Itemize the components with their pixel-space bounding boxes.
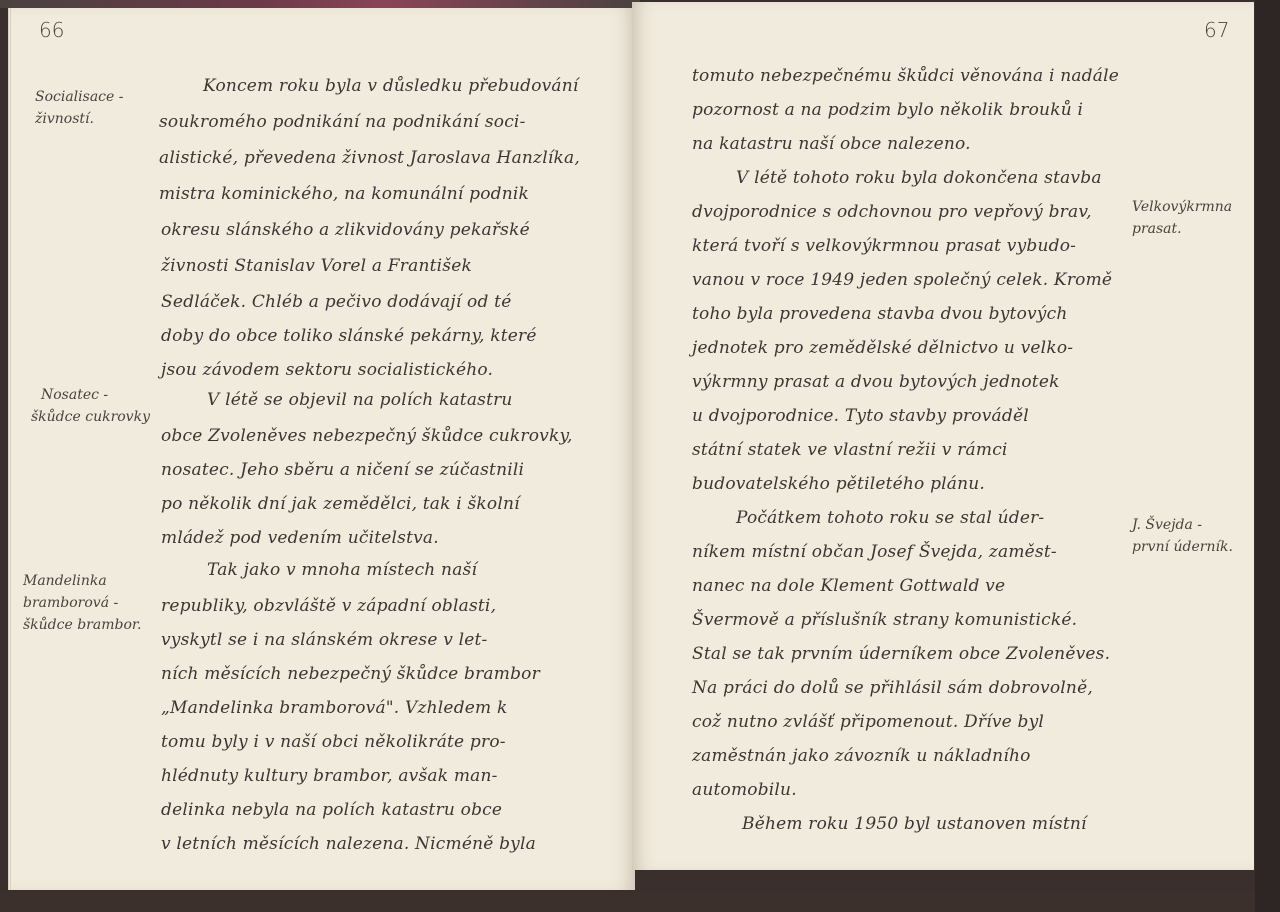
margin-note-line: Velkovýkrmna [1132, 196, 1232, 218]
margin-note-line: první úderník. [1132, 536, 1233, 558]
text-line: u dvojporodnice. Tyto stavby prováděl [692, 406, 1029, 426]
page-number: 67 [1204, 18, 1229, 42]
text-line: soukromého podnikání na podnikání soci- [159, 112, 526, 132]
text-line: doby do obce toliko slánské pekárny, kte… [161, 326, 537, 346]
text-line: vyskytl se i na slánském okrese v let- [161, 630, 487, 650]
margin-note-line: bramborová - [23, 592, 142, 614]
margin-note-line: J. Švejda - [1132, 514, 1233, 536]
text-line: hlédnuty kultury brambor, avšak man- [161, 766, 498, 786]
text-line: budovatelského pětiletého plánu. [692, 474, 985, 494]
margin-note-line: škůdce cukrovky [31, 406, 150, 428]
margin-note-line: prasat. [1132, 218, 1232, 240]
text-line: pozornost a na podzim bylo několik brouk… [692, 100, 1083, 120]
text-line: Tak jako v mnoha místech naší [207, 560, 477, 580]
margin-note-line: škůdce brambor. [23, 614, 142, 636]
text-line: automobilu. [692, 780, 797, 800]
text-line: republiky, obzvláště v západní oblasti, [161, 596, 496, 616]
margin-note-nosatec: Nosatec - škůdce cukrovky [41, 384, 150, 428]
margin-note-line: Nosatec - [41, 384, 150, 406]
book-cover-bottom-edge [0, 892, 1280, 912]
text-line: V létě tohoto roku byla dokončena stavba [736, 168, 1102, 188]
text-line: na katastru naší obce nalezeno. [692, 134, 971, 154]
text-line: ních měsících nebezpečný škůdce brambor [161, 664, 540, 684]
text-line: Počátkem tohoto roku se stal úder- [736, 508, 1044, 528]
text-line: Na práci do dolů se přihlásil sám dobrov… [692, 678, 1093, 698]
text-line: tomuto nebezpečnému škůdci věnována i na… [692, 66, 1119, 86]
text-line: v letních měsících nalezena. Nicméně byl… [161, 834, 536, 854]
left-page: 66 Socialisace - živností. Nosatec - šků… [8, 8, 635, 890]
text-line: nosatec. Jeho sběru a ničení se zúčastni… [161, 460, 524, 480]
text-line: mistra kominického, na komunální podnik [159, 184, 529, 204]
page-number: 66 [39, 18, 64, 42]
margin-note-velkovykrmna: Velkovýkrmna prasat. [1132, 196, 1232, 240]
text-line: „Mandelinka bramborová". Vzhledem k [161, 698, 507, 718]
margin-note-svejda: J. Švejda - první úderník. [1132, 514, 1233, 558]
text-line: Švermově a příslušník strany komunistick… [692, 610, 1077, 630]
right-page: 67 Velkovýkrmna prasat. J. Švejda - prvn… [632, 2, 1254, 870]
book-cover-right-edge [1255, 0, 1280, 912]
text-line: Během roku 1950 byl ustanoven místní [742, 814, 1087, 834]
text-line: výkrmny prasat a dvou bytových jednotek [692, 372, 1060, 392]
book-cover-top-edge [0, 0, 640, 8]
text-line: zaměstnán jako závozník u nákladního [692, 746, 1031, 766]
text-line: V létě se objevil na polích katastru [207, 390, 513, 410]
text-line: Sedláček. Chléb a pečivo dodávají od té [161, 292, 511, 312]
text-line: tomu byly i v naší obci několikráte pro- [161, 732, 506, 752]
margin-note-line: Socialisace - [35, 86, 123, 108]
text-line: která tvoří s velkovýkrmnou prasat vybud… [692, 236, 1076, 256]
text-line: jednotek pro zemědělské dělnictvo u velk… [692, 338, 1073, 358]
text-line: což nutno zvlášť připomenout. Dříve byl [692, 712, 1044, 732]
margin-note-line: živností. [35, 108, 123, 130]
text-line: delinka nebyla na polích katastru obce [161, 800, 502, 820]
text-line: Stal se tak prvním úderníkem obce Zvolen… [692, 644, 1110, 664]
text-line: živnosti Stanislav Vorel a František [161, 256, 472, 276]
text-line: státní statek ve vlastní režii v rámci [692, 440, 1008, 460]
text-line: obce Zvoleněves nebezpečný škůdce cukrov… [161, 426, 573, 446]
margin-note-socialisace: Socialisace - živností. [35, 86, 123, 130]
text-line: jsou závodem sektoru socialistického. [161, 360, 493, 380]
text-line: mládež pod vedením učitelstva. [161, 528, 439, 548]
text-line: alistické, převedena živnost Jaroslava H… [159, 148, 580, 168]
margin-note-line: Mandelinka [23, 570, 142, 592]
text-line: Koncem roku byla v důsledku přebudování [203, 76, 579, 96]
text-line: po několik dní jak zemědělci, tak i škol… [161, 494, 520, 514]
text-line: dvojporodnice s odchovnou pro vepřový br… [692, 202, 1092, 222]
text-line: vanou v roce 1949 jeden společný celek. … [692, 270, 1112, 290]
text-line: nanec na dole Klement Gottwald ve [692, 576, 1005, 596]
text-line: níkem místní občan Josef Švejda, zaměst- [692, 542, 1057, 562]
text-line: toho byla provedena stavba dvou bytových [692, 304, 1067, 324]
margin-note-mandelinka: Mandelinka bramborová - škůdce brambor. [23, 570, 142, 636]
text-line: okresu slánského a zlikvidovány pekařské [161, 220, 530, 240]
